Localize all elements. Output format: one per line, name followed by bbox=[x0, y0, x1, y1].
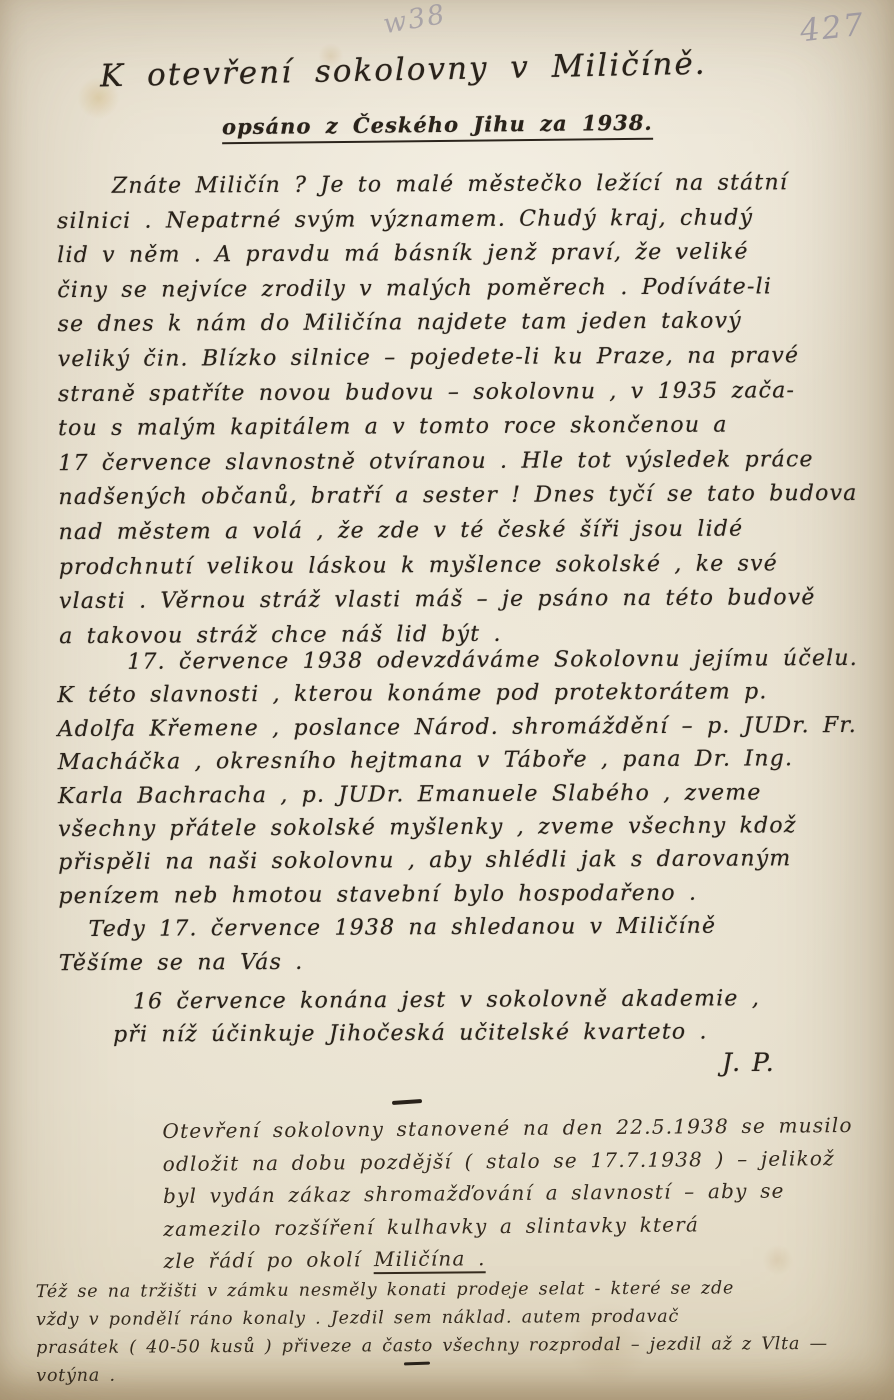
text-line: vlasti . Věrnou stráž vlasti máš – je ps… bbox=[59, 581, 858, 620]
page-subtitle: opsáno z Českého Jihu za 1938. bbox=[222, 110, 653, 145]
text-fragment: zle řádí po okolí bbox=[163, 1247, 374, 1273]
text-line: zle řádí po okolí Miličína . bbox=[163, 1239, 854, 1278]
text-line: Macháčka , okresního hejtmana v Táboře ,… bbox=[58, 742, 859, 780]
text-line: K této slavnosti , kterou konáme pod pro… bbox=[57, 675, 858, 713]
text-line: silnici . Nepatrné svým významem. Chudý … bbox=[57, 201, 856, 240]
text-line: tou s malým kapitálem a v tomto roce sko… bbox=[58, 408, 857, 447]
text-line: veliký čin. Blízko silnice – pojedete-li… bbox=[58, 339, 857, 378]
paragraph-akademie: 16 července konána jest v sokolovně akad… bbox=[58, 982, 760, 1052]
text-line: 17 července slavnostně otvíranou . Hle t… bbox=[58, 443, 857, 482]
text-line: lid v něm . A pravdu má básník jenž prav… bbox=[57, 235, 856, 274]
paragraph-market-note: Též se na tržišti v zámku nesměly konati… bbox=[36, 1274, 828, 1390]
text-line: Též se na tržišti v zámku nesměly konati… bbox=[36, 1274, 828, 1306]
text-line: straně spatříte novou budovu – sokolovnu… bbox=[58, 373, 857, 412]
text-line: nad městem a volá , že zde v té české ší… bbox=[59, 512, 858, 551]
text-line: votýna . bbox=[36, 1358, 828, 1390]
text-line: 16 července konána jest v sokolovně akad… bbox=[58, 982, 760, 1019]
pencil-inventory-mark: w38 bbox=[381, 0, 449, 40]
manuscript-page: w38 427 K otevření sokolovny v Miličíně.… bbox=[0, 0, 894, 1400]
text-line: při níž účinkuje Jihočeská učitelské kva… bbox=[58, 1015, 760, 1052]
text-line: 17. července 1938 odevzdáváme Sokolovnu … bbox=[57, 642, 858, 680]
text-line: Tedy 17. července 1938 na shledanou v Mi… bbox=[59, 909, 860, 947]
text-line: nadšených občanů, bratří a sester ! Dnes… bbox=[58, 477, 857, 516]
text-line: se dnes k nám do Miličína najdete tam je… bbox=[57, 304, 856, 343]
text-line: Těšíme se na Vás . bbox=[59, 943, 860, 981]
paragraph-invitation: 17. července 1938 odevzdáváme Sokolovnu … bbox=[57, 642, 859, 980]
text-line: prodchnutí velikou láskou k myšlence sok… bbox=[59, 546, 858, 585]
signature-initials: J. P. bbox=[722, 1048, 776, 1077]
page-title: K otevření sokolovny v Miličíně. bbox=[100, 46, 707, 95]
text-line: Karla Bachracha , p. JUDr. Emanuele Slab… bbox=[58, 776, 859, 814]
text-line: byl vydán zákaz shromažďování a slavnost… bbox=[163, 1174, 854, 1213]
pencil-page-number: 427 bbox=[798, 7, 867, 50]
underlined-place-name: Miličína . bbox=[374, 1246, 486, 1274]
text-line: vždy v pondělí ráno konaly . Jezdil sem … bbox=[36, 1302, 828, 1334]
text-line: přispěli na naši sokolovnu , aby shlédli… bbox=[58, 842, 859, 880]
separator-dash bbox=[392, 1099, 422, 1105]
text-line: prasátek ( 40-50 kusů ) přiveze a často … bbox=[36, 1330, 828, 1362]
text-line: Otevření sokolovny stanovené na den 22.5… bbox=[162, 1109, 853, 1148]
paragraph-intro: Znáte Miličín ? Je to malé městečko leží… bbox=[57, 166, 859, 654]
text-line: penízem neb hmotou stavební bylo hospoda… bbox=[58, 876, 859, 914]
text-line: Adolfa Křemene , poslance Národ. shromáž… bbox=[57, 709, 858, 747]
text-line: všechny přátele sokolské myšlenky , zvem… bbox=[58, 809, 859, 847]
text-line: Znáte Miličín ? Je to malé městečko leží… bbox=[57, 166, 856, 205]
paragraph-postponement-note: Otevření sokolovny stanovené na den 22.5… bbox=[162, 1109, 854, 1278]
text-line: činy se nejvíce zrodily v malých poměrec… bbox=[57, 270, 856, 309]
